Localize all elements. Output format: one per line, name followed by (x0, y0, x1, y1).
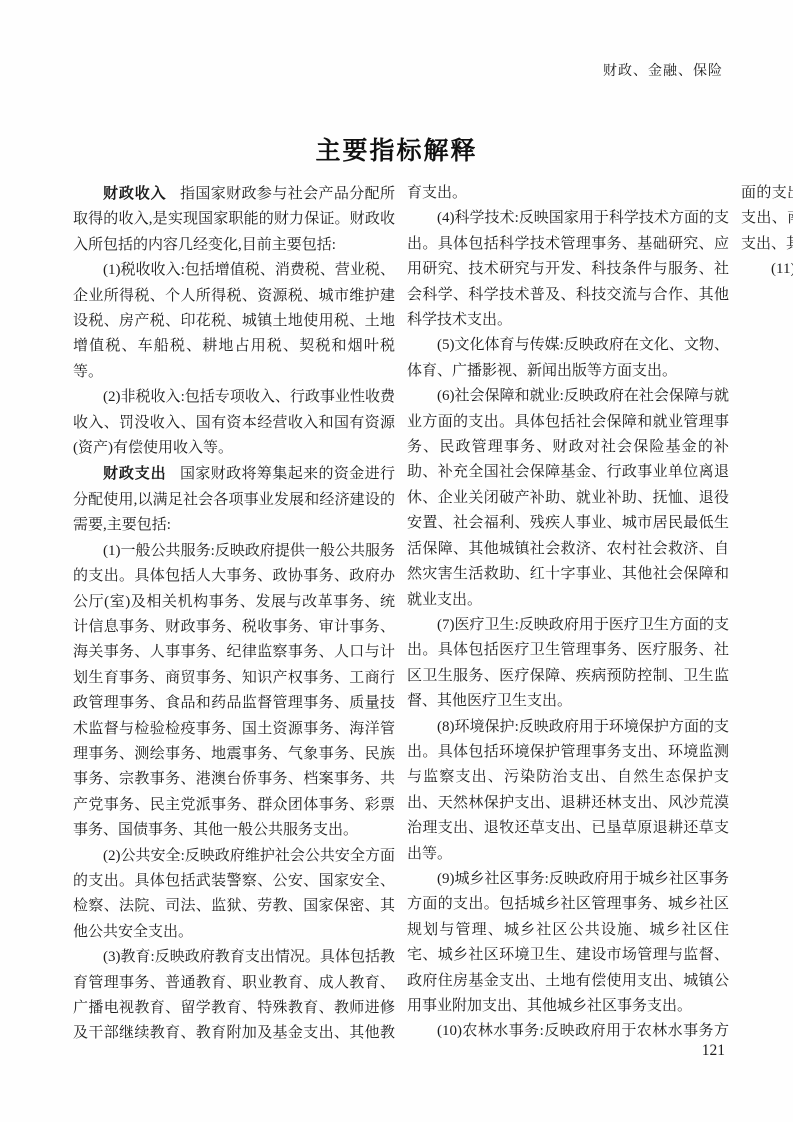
paragraph: (7)医疗卫生:反映政府用于医疗卫生方面的支出。具体包括医疗卫生管理事务、医疗服… (407, 613, 729, 715)
paragraph: (5)文化体育与传媒:反映政府在文化、文物、体育、广播影视、新闻出版等方面支出。 (407, 333, 729, 384)
paragraph: (2)公共安全:反映政府维护社会公共安全方面的支出。具体包括武装警察、公安、国家… (73, 844, 395, 946)
text-columns: 财政收入指国家财政参与社会产品分配所取得的收入,是实现国家职能的财力保证。财政收… (73, 181, 729, 1053)
paragraph-text: (6)社会保障和就业:反映政府在社会保障与就业方面的支出。具体包括社会保障和就业… (407, 388, 729, 607)
paragraph-text: (2)非税收入:包括专项收入、行政事业性收费收入、罚没收入、国有资本经营收入和国… (73, 389, 395, 456)
paragraph-text: (4)科学技术:反映国家用于科学技术方面的支出。具体包括科学技术管理事务、基础研… (407, 210, 729, 328)
paragraph: (4)科学技术:反映国家用于科学技术方面的支出。具体包括科学技术管理事务、基础研… (407, 206, 729, 333)
paragraph-text: (9)城乡社区事务:反映政府用于城乡社区事务方面的支出。包括城乡社区管理事务、城… (407, 871, 729, 1014)
document-page: 财政、金融、保险 主要指标解释 财政收入指国家财政参与社会产品分配所取得的收入,… (0, 0, 793, 1122)
paragraph-text: (1)一般公共服务:反映政府提供一般公共服务的支出。具体包括人大事务、政协事务、… (73, 543, 395, 838)
running-header: 财政、金融、保险 (603, 60, 723, 80)
paragraph: 财政收入指国家财政参与社会产品分配所取得的收入,是实现国家职能的财力保证。财政收… (73, 181, 395, 258)
paragraph-text: (8)环境保护:反映政府用于环境保护方面的支出。具体包括环境保护管理事务支出、环… (407, 719, 729, 862)
indicator-term-label: 财政收入 (103, 185, 167, 202)
paragraph: 财政支出国家财政将筹集起来的资金进行分配使用,以满足社会各项事业发展和经济建设的… (73, 461, 395, 538)
paragraph: (1)税收收入:包括增值税、消费税、营业税、企业所得税、个人所得税、资源税、城市… (73, 258, 395, 385)
paragraph: (6)社会保障和就业:反映政府在社会保障与就业方面的支出。具体包括社会保障和就业… (407, 384, 729, 613)
paragraph: (9)城乡社区事务:反映政府用于城乡社区事务方面的支出。包括城乡社区管理事务、城… (407, 867, 729, 1019)
indicator-term-label: 财政支出 (103, 465, 167, 482)
paragraph-text: (5)文化体育与传媒:反映政府在文化、文物、体育、广播影视、新闻出版等方面支出。 (407, 337, 729, 378)
paragraph-text: (7)医疗卫生:反映政府用于医疗卫生方面的支出。具体包括医疗卫生管理事务、医疗服… (407, 617, 729, 709)
page-title: 主要指标解释 (0, 131, 793, 167)
paragraph-text: (11)交通运输:反映政府用于交通运输方面的 (771, 261, 793, 277)
page-number: 121 (702, 1042, 725, 1060)
paragraph: (8)环境保护:反映政府用于环境保护方面的支出。具体包括环境保护管理事务支出、环… (407, 715, 729, 867)
paragraph: (11)交通运输:反映政府用于交通运输方面的 (741, 257, 793, 282)
paragraph-text: (1)税收收入:包括增值税、消费税、营业税、企业所得税、个人所得税、资源税、城市… (73, 262, 395, 380)
paragraph: (1)一般公共服务:反映政府提供一般公共服务的支出。具体包括人大事务、政协事务、… (73, 539, 395, 844)
paragraph: (2)非税收入:包括专项收入、行政事业性收费收入、罚没收入、国有资本经营收入和国… (73, 385, 395, 461)
paragraph-text: (2)公共安全:反映政府维护社会公共安全方面的支出。具体包括武装警察、公安、国家… (73, 848, 395, 940)
